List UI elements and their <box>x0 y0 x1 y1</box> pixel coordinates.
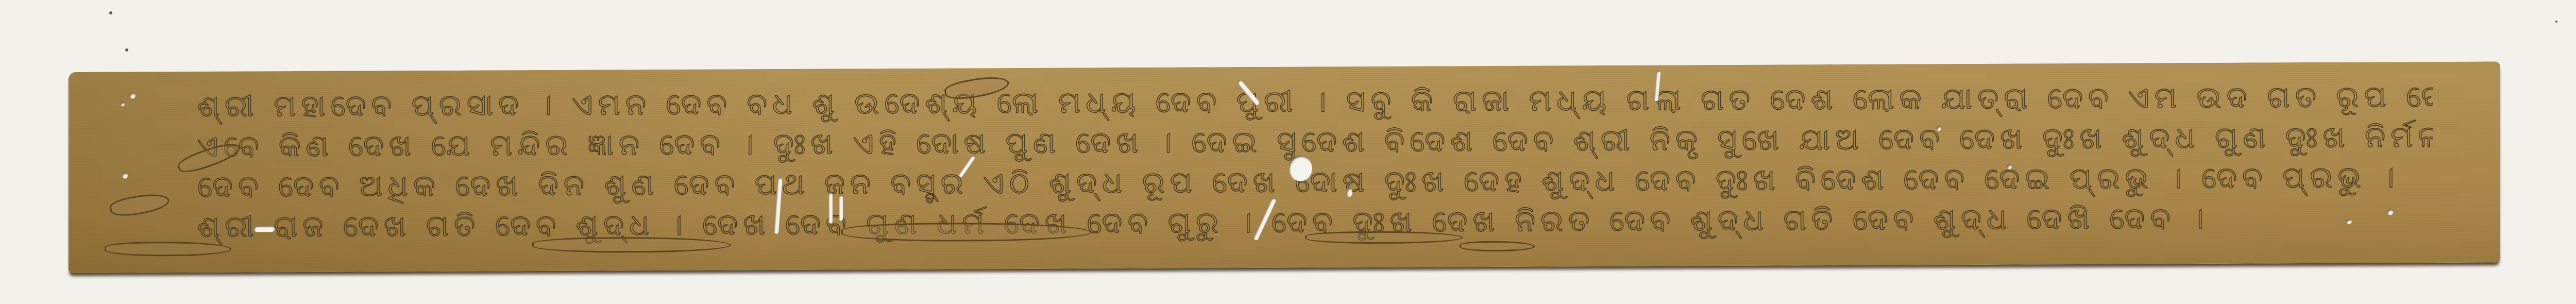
manuscript-text: ଶ୍ରୀ ମହାଦେବ ପ୍ରସାଦ । ଏମନ ଦେବ ବଧ ଶୁ ଉଦେଶ୍… <box>197 76 2433 247</box>
worm-trail <box>1460 241 1535 252</box>
insect-hole <box>2007 164 2012 170</box>
insect-hole <box>1346 188 1352 197</box>
insect-hole <box>2387 209 2393 215</box>
worm-trail <box>1305 231 1463 244</box>
background-speck <box>125 48 128 52</box>
leaf-tear <box>839 195 843 221</box>
background-speck <box>2555 21 2557 23</box>
insect-hole <box>2346 219 2352 224</box>
insect-hole <box>122 172 128 178</box>
leaf-tear <box>254 226 275 232</box>
palm-leaf: ଶ୍ରୀ ମହାଦେବ ପ୍ରସାଦ । ଏମନ ଦେବ ବଧ ଶୁ ଉଦେଶ୍… <box>69 61 2500 273</box>
insect-hole <box>120 102 125 107</box>
leaf-tear <box>828 193 833 224</box>
worm-trail <box>105 242 231 257</box>
insect-hole <box>1936 126 1941 131</box>
background-speck <box>109 11 112 14</box>
insect-hole <box>129 92 135 98</box>
binding-hole <box>1289 155 1312 181</box>
